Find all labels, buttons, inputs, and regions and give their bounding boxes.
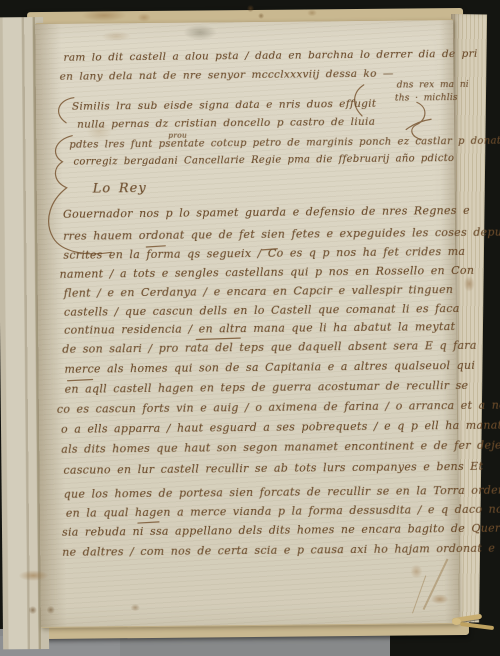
stain: [258, 13, 264, 19]
stain: [29, 606, 37, 614]
stain: [307, 9, 317, 16]
stain: [47, 606, 55, 614]
stain: [247, 5, 254, 12]
stain: [137, 13, 151, 22]
binding-thread-knot: [452, 618, 461, 625]
stain: [131, 604, 140, 611]
margin-note-line-2: ths · michlis: [395, 93, 458, 104]
stain: [464, 276, 475, 292]
manuscript-photo: { "palette": { "background_black": "#141…: [0, 0, 500, 656]
stain: [410, 564, 422, 578]
book-stack: ram lo dit castell a alou psta / dada en…: [0, 0, 500, 656]
heading-lo-rey: Lo Rey: [93, 181, 147, 197]
margin-note-line-1: dns rex ma ni: [397, 80, 469, 91]
